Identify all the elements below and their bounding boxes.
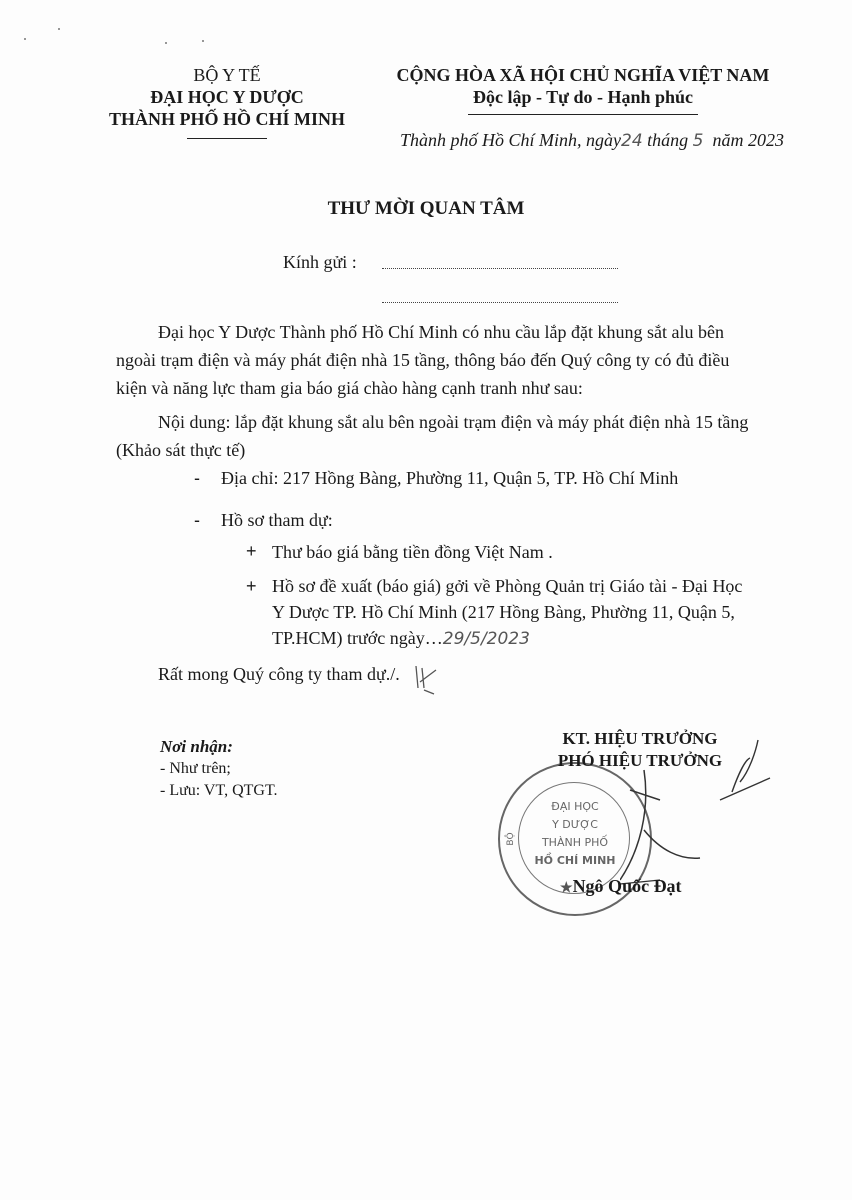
seal-side-text: BỘ bbox=[506, 832, 516, 846]
scan-speck bbox=[58, 28, 60, 30]
addressee-label: Kính gửi : bbox=[283, 252, 357, 273]
star-icon: ★ bbox=[560, 881, 573, 896]
nation-title: CỘNG HÒA XÃ HỘI CHỦ NGHĨA VIỆT NAM bbox=[378, 64, 788, 86]
deadline-handwritten: 29/5/2023 bbox=[443, 629, 530, 649]
ministry-name: BỘ Y TẾ bbox=[92, 64, 362, 86]
scan-speck bbox=[24, 38, 26, 40]
header-underline bbox=[187, 138, 267, 139]
sublist-marker: + bbox=[246, 576, 257, 597]
recipient-line: - Lưu: VT, QTGT. bbox=[160, 780, 278, 802]
submission-line-2: Y Dược TP. Hồ Chí Minh (217 Hồng Bàng, P… bbox=[272, 598, 735, 626]
list-marker: - bbox=[194, 468, 200, 489]
recipients-block: Nơi nhận: - Như trên; - Lưu: VT, QTGT. bbox=[160, 736, 278, 802]
date-prefix: Thành phố Hồ Chí Minh, ngày bbox=[400, 130, 621, 150]
quote-currency-item: Thư báo giá bằng tiền đồng Việt Nam . bbox=[272, 538, 553, 566]
addressee-blank-line-2 bbox=[382, 302, 618, 303]
university-name-line2: THÀNH PHỐ HỒ CHÍ MINH bbox=[92, 108, 362, 130]
national-motto: Độc lập - Tự do - Hạnh phúc bbox=[378, 86, 788, 108]
address-item: Địa chỉ: 217 Hồng Bàng, Phường 11, Quận … bbox=[221, 464, 678, 492]
signer-name: ★Ngô Quốc Đạt bbox=[560, 876, 682, 897]
content-line-2: (Khảo sát thực tế) bbox=[116, 436, 245, 464]
scan-speck bbox=[202, 40, 204, 42]
documents-item: Hồ sơ tham dự: bbox=[221, 506, 333, 534]
intro-line-3: kiện và năng lực tham gia báo giá chào h… bbox=[116, 374, 583, 402]
university-name-line1: ĐẠI HỌC Y DƯỢC bbox=[92, 86, 362, 108]
submission-line-3: TP.HCM) trước ngày…29/5/2023 bbox=[272, 624, 530, 653]
intro-line-2: ngoài trạm điện và máy phát điện nhà 15 … bbox=[116, 346, 729, 374]
recipient-line: - Như trên; bbox=[160, 758, 278, 780]
date-year: năm 2023 bbox=[713, 130, 785, 150]
recipients-heading: Nơi nhận: bbox=[160, 736, 278, 758]
national-header: CỘNG HÒA XÃ HỘI CHỦ NGHĨA VIỆT NAM Độc l… bbox=[378, 64, 788, 115]
closing-line: Rất mong Quý công ty tham dự./. bbox=[158, 660, 400, 688]
date-day-handwritten: 24 bbox=[621, 131, 643, 151]
scan-speck bbox=[165, 42, 167, 44]
handwritten-signature-icon bbox=[620, 730, 790, 900]
date-line: Thành phố Hồ Chí Minh, ngày24 tháng 5 nă… bbox=[400, 130, 784, 151]
deadline-prefix: TP.HCM) trước ngày… bbox=[272, 628, 443, 648]
issuer-header: BỘ Y TẾ ĐẠI HỌC Y DƯỢC THÀNH PHỐ HỒ CHÍ … bbox=[92, 64, 362, 139]
content-line-1: Nội dung: lắp đặt khung sắt alu bên ngoà… bbox=[158, 408, 748, 436]
initials-mark-icon bbox=[412, 662, 440, 696]
intro-line-1: Đại học Y Dược Thành phố Hồ Chí Minh có … bbox=[158, 318, 724, 346]
list-marker: - bbox=[194, 510, 200, 531]
sublist-marker: + bbox=[246, 541, 257, 562]
date-month-label: tháng bbox=[647, 130, 688, 150]
date-month-handwritten: 5 bbox=[693, 131, 704, 151]
addressee-blank-line-1 bbox=[382, 268, 618, 269]
motto-underline bbox=[468, 114, 698, 115]
submission-line-1: Hồ sơ đề xuất (báo giá) gởi về Phòng Quả… bbox=[272, 572, 742, 600]
document-title: THƯ MỜI QUAN TÂM bbox=[0, 198, 852, 220]
